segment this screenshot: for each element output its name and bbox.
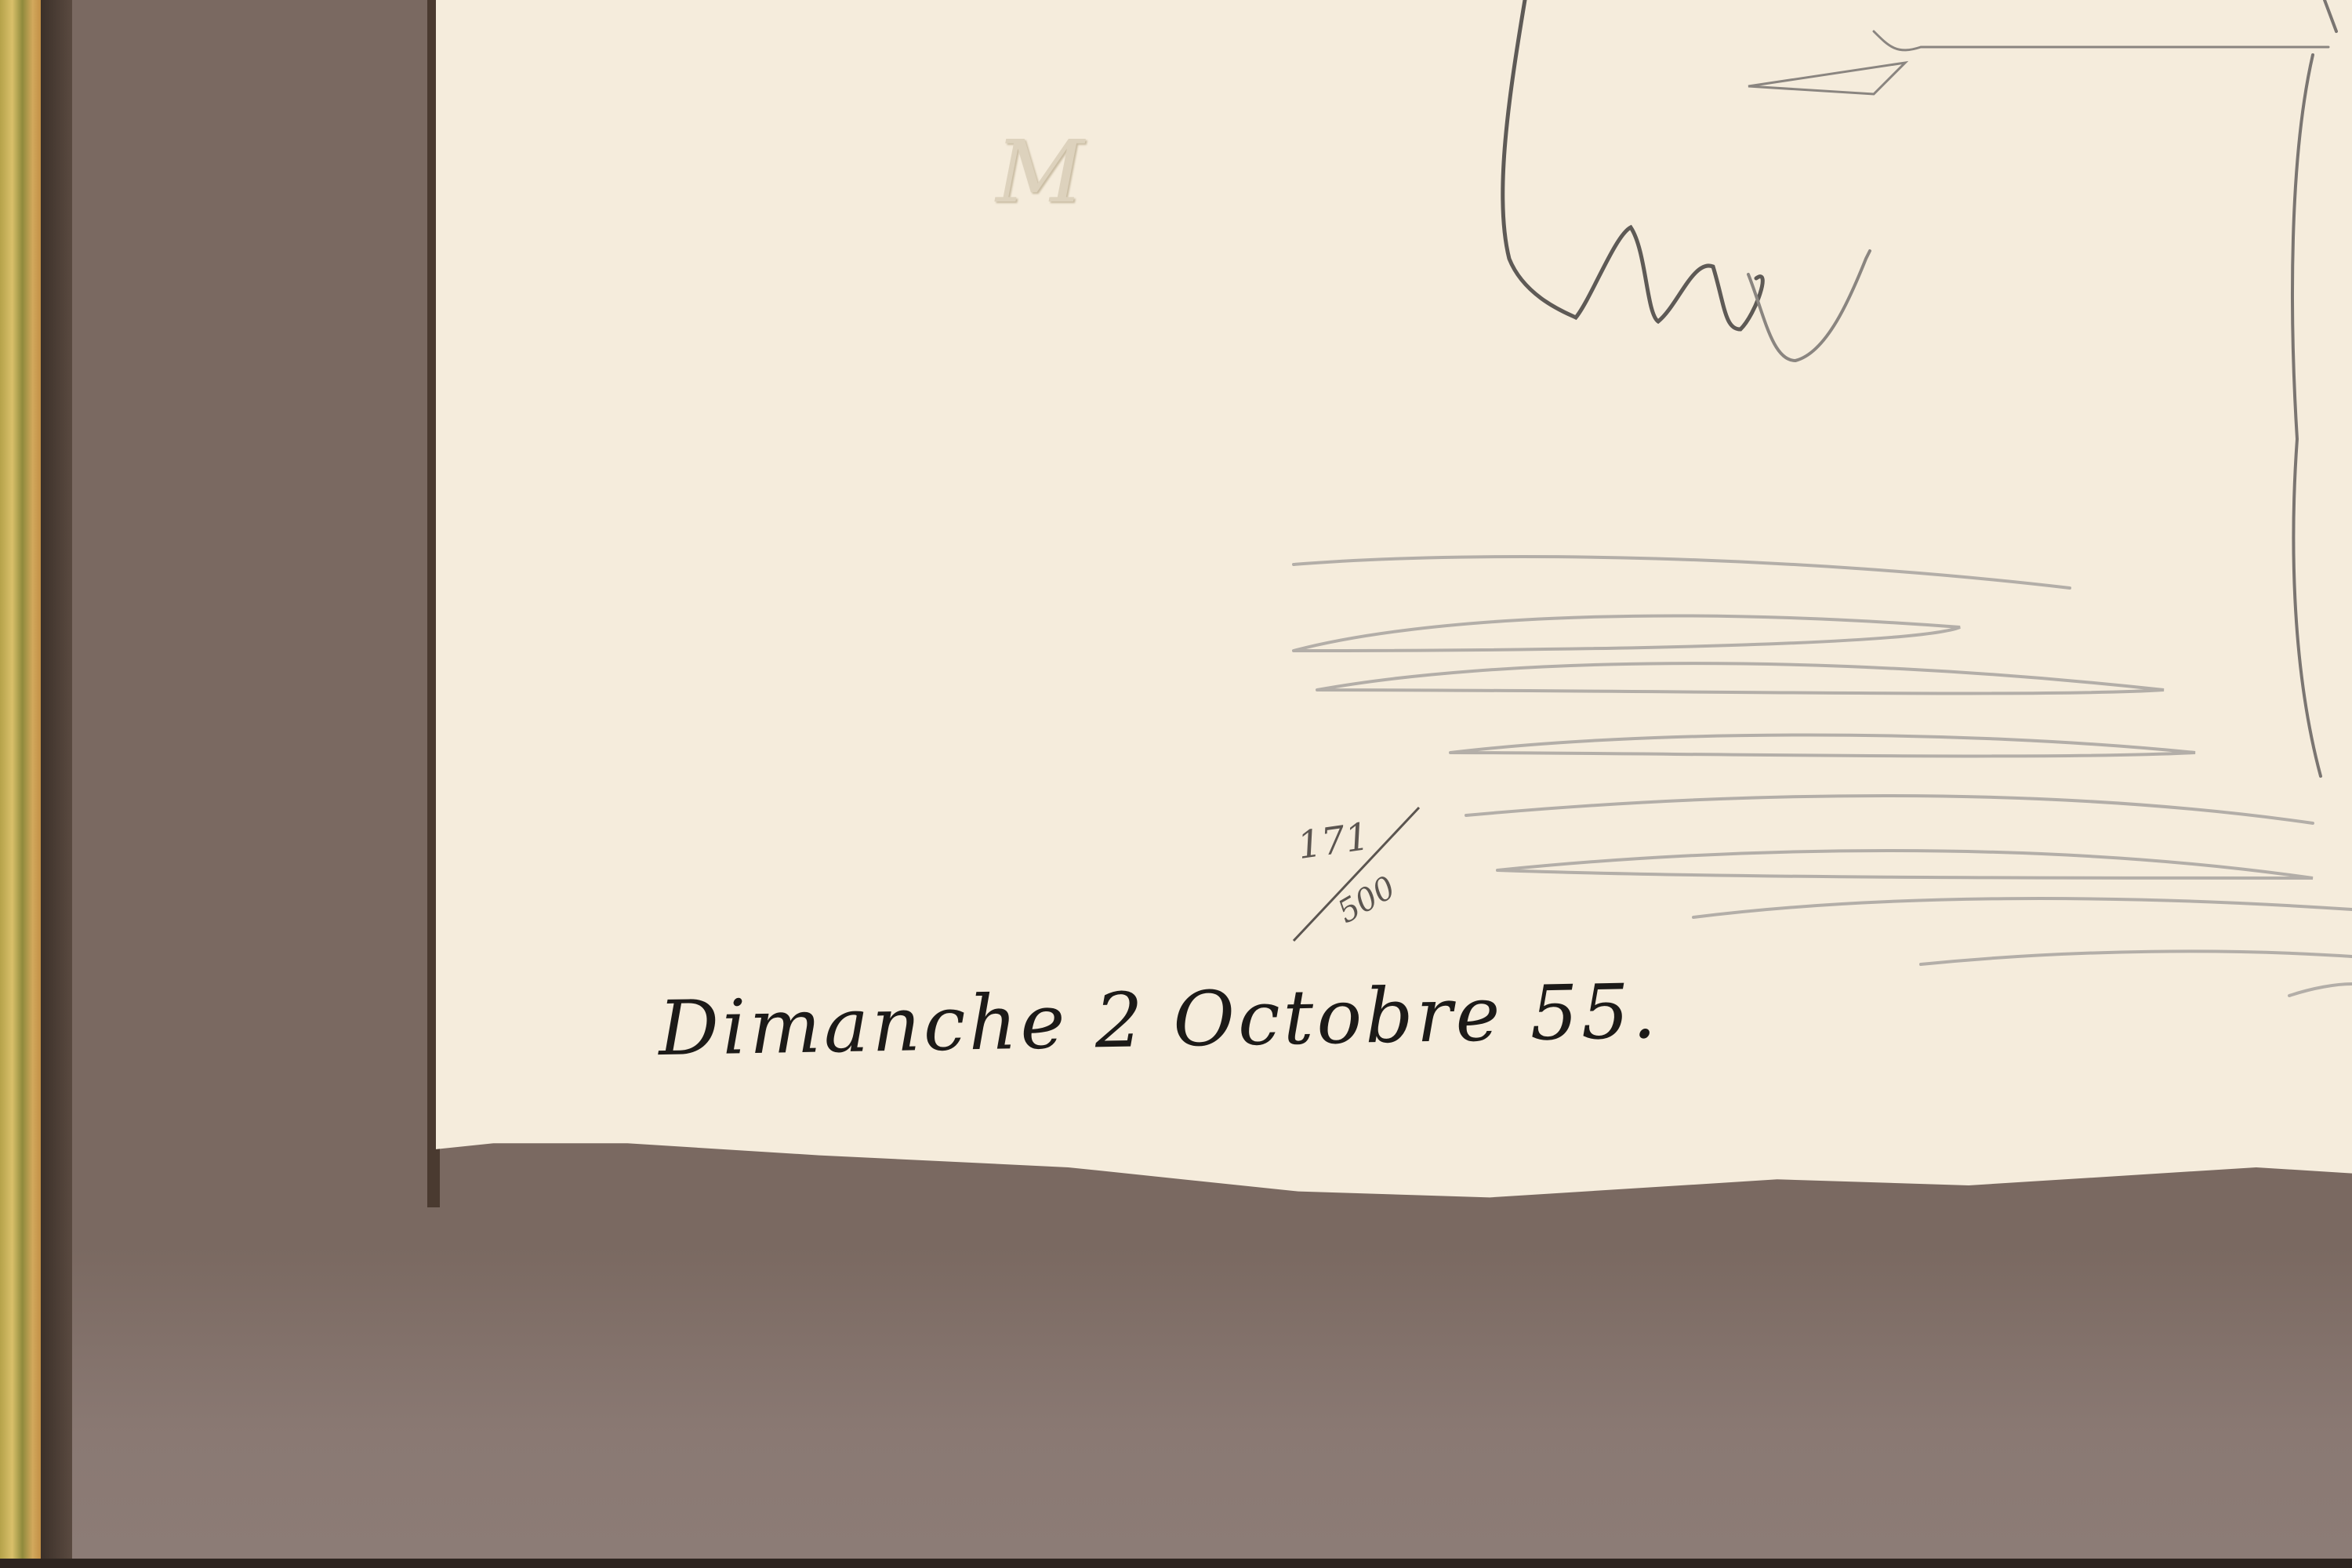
blind-stamp: M: [996, 122, 1084, 222]
dated-inscription: Dimanche 2 Octobre 55.: [658, 967, 1660, 1073]
pencil-sketch: [0, 0, 2352, 1568]
